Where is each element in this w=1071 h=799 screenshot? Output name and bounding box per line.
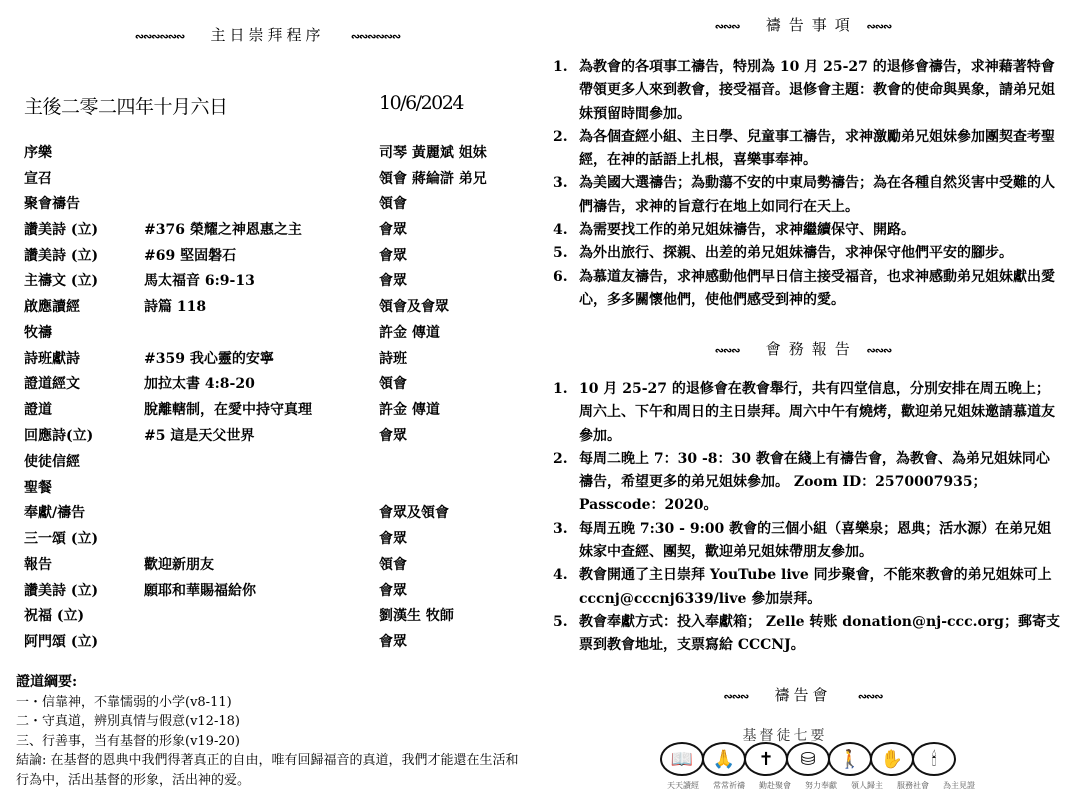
list-item: 4.為需要找工作的弟兄姐妹禱告，求神繼續保守、開路。 <box>553 219 1063 242</box>
order-person: 許金 傳道 <box>379 399 440 419</box>
icon-label: 服務社會 <box>890 780 936 791</box>
order-item: 主禱文 (立) <box>24 270 98 290</box>
item-text: 為各個查經小組、主日學、兒童事工禱告，求神激勵弟兄姐妹參加團契查考聖經，在神的話… <box>579 129 1055 168</box>
order-item: 三一頌 (立) <box>24 528 98 548</box>
order-person: 領會及會眾 <box>379 296 449 316</box>
prayer-meeting-title: 禱告會 <box>774 686 831 704</box>
seven-essentials-icons: 📖🙏✝⛁🚶✋🕯 <box>660 742 982 778</box>
list-item: 4.教會開通了主日崇拜 YouTube live 同步聚會，不能來教會的弟兄姐妹… <box>553 564 1063 611</box>
order-person: 詩班 <box>379 348 407 368</box>
order-person: 會眾 <box>379 245 407 265</box>
icon-label: 領人歸主 <box>844 780 890 791</box>
ornament-icon: ∾∾∾ <box>724 690 749 703</box>
order-item: 祝福 (立) <box>24 605 84 625</box>
reading-bible-icon: 📖 <box>660 742 704 776</box>
prayer-title: 禱告事項 <box>766 16 858 34</box>
order-person: 會眾 <box>379 270 407 290</box>
order-detail: #359 我心靈的安寧 <box>144 348 274 368</box>
church-reports-heading: ∾∾∾ 會務報告 ∾∾∾ <box>535 338 1071 359</box>
order-person: 會眾 <box>379 219 407 239</box>
item-text: 教會奉獻方式：投入奉獻箱； Zelle 转账 donation@nj-ccc.o… <box>579 614 1060 653</box>
item-number: 1. <box>553 378 568 401</box>
list-item: 3.每周五晚 7:30 - 9:00 教會的三個小組（喜樂泉；恩典；活水源）在弟… <box>553 518 1063 565</box>
list-item: 2.為各個查經小組、主日學、兒童事工禱告，求神激勵弟兄姐妹參加團契查考聖經，在神… <box>553 126 1063 173</box>
date-chinese: 主後二零二四年十月六日 <box>24 92 228 119</box>
order-detail: 脫離轄制，在愛中持守真理 <box>144 399 312 419</box>
prayer-items-heading: ∾∾∾ 禱告事項 ∾∾∾ <box>535 14 1071 35</box>
ornament-icon: ∾∾∾ <box>858 690 883 703</box>
order-person: 司琴 黃麗斌 姐妹 <box>379 142 487 162</box>
item-text: 為教會的各項事工禱告，特別為 10 月 25-27 的退修會禱告，求神藉著特會帶… <box>579 59 1055 122</box>
icon-label: 努力奉獻 <box>798 780 844 791</box>
reports-title: 會務報告 <box>766 340 858 358</box>
outline-point-1: 一・信靠神，不靠懦弱的小学(v8-11) <box>16 693 526 713</box>
order-person: 會眾及領會 <box>379 502 449 522</box>
outline-conclusion: 結論: 在基督的恩典中我們得著真正的自由，唯有回歸福音的真道，我們才能還在生活和… <box>16 751 526 790</box>
list-item: 5.教會奉獻方式：投入奉獻箱； Zelle 转账 donation@nj-ccc… <box>553 611 1063 658</box>
order-item: 讚美詩 (立) <box>24 219 98 239</box>
order-detail: #69 堅固磐石 <box>144 245 236 265</box>
item-number: 2. <box>553 448 568 471</box>
order-item: 奉獻/禱告 <box>24 502 85 522</box>
congregation-cross-icon: ✝ <box>744 742 788 776</box>
order-item: 牧禱 <box>24 322 52 342</box>
fish-coins-icon: ⛁ <box>786 742 830 776</box>
item-number: 3. <box>553 172 568 195</box>
icon-label: 勤赴聚會 <box>752 780 798 791</box>
item-number: 4. <box>553 564 568 587</box>
order-item: 啟應讀經 <box>24 296 80 316</box>
ornament-icon: ∾∾∾ <box>867 20 892 33</box>
order-detail: #376 榮耀之神恩惠之主 <box>144 219 302 239</box>
order-item: 回應詩(立) <box>24 425 93 445</box>
order-person: 會眾 <box>379 580 407 600</box>
order-item: 聚會禱告 <box>24 193 80 213</box>
order-item: 報告 <box>24 554 52 574</box>
item-number: 4. <box>553 219 568 242</box>
order-item: 讚美詩 (立) <box>24 245 98 265</box>
candle-light-icon: 🕯 <box>912 742 956 776</box>
ornament-icon: ∾∾∾ <box>715 20 740 33</box>
order-detail: 歡迎新朋友 <box>144 554 214 574</box>
order-item: 聖餐 <box>24 477 52 497</box>
ornament-icon: ∾∾∾ <box>715 344 740 357</box>
order-person: 領會 蔣綸滸 弟兄 <box>379 168 487 188</box>
item-text: 每周二晚上 7：30 -8：30 教會在綫上有禱告會，為教會、為弟兄姐妹同心禱告… <box>579 451 1050 514</box>
evangelism-icon: 🚶 <box>828 742 872 776</box>
item-text: 為外出旅行、探親、出差的弟兄姐妹禱告，求神保守他們平安的腳步。 <box>579 245 1013 261</box>
order-item: 證道經文 <box>24 373 80 393</box>
order-person: 劉漢生 牧師 <box>379 605 454 625</box>
list-item: 5.為外出旅行、探親、出差的弟兄姐妹禱告，求神保守他們平安的腳步。 <box>553 242 1063 265</box>
outline-point-3: 三、行善事，当有基督的形象(v19-20) <box>16 732 526 752</box>
list-item: 1.為教會的各項事工禱告，特別為 10 月 25-27 的退修會禱告，求神藉著特… <box>553 56 1063 126</box>
order-person: 領會 <box>379 373 407 393</box>
item-number: 5. <box>553 611 568 634</box>
order-detail: 願耶和華賜福給你 <box>144 580 256 600</box>
order-person: 會眾 <box>379 631 407 651</box>
sermon-outline: 證道綱要: 一・信靠神，不靠懦弱的小学(v8-11) 二・守真道，辨別真情与假意… <box>16 673 526 790</box>
order-of-service-heading: ∾∾∾∾∾∾ 主日崇拜程序 ∾∾∾∾∾∾ <box>0 24 535 45</box>
icon-label: 常常祈禱 <box>706 780 752 791</box>
prayer-meeting-heading: ∾∾∾ 禱告會 ∾∾∾ <box>535 684 1071 705</box>
order-person: 領會 <box>379 193 407 213</box>
item-number: 5. <box>553 242 568 265</box>
list-item: 6.為慕道友禱告，求神感動他們早日信主接受福音，也求神感動弟兄姐妹獻出愛心，多多… <box>553 266 1063 313</box>
order-item: 讚美詩 (立) <box>24 580 98 600</box>
outline-point-2: 二・守真道，辨別真情与假意(v12-18) <box>16 712 526 732</box>
outline-title: 證道綱要: <box>16 673 526 693</box>
item-text: 每周五晚 7:30 - 9:00 教會的三個小組（喜樂泉；恩典；活水源）在弟兄姐… <box>579 521 1051 560</box>
item-text: 10 月 25-27 的退修會在教會舉行，共有四堂信息，分別安排在周五晚上；周六… <box>579 381 1055 444</box>
order-item: 阿門頌 (立) <box>24 631 98 651</box>
item-text: 為慕道友禱告，求神感動他們早日信主接受福音，也求神感動弟兄姐妹獻出愛心，多多關懷… <box>579 269 1055 308</box>
ornament-icon: ∾∾∾ <box>867 344 892 357</box>
list-item: 1.10 月 25-27 的退修會在教會舉行，共有四堂信息，分別安排在周五晚上；… <box>553 378 1063 448</box>
order-title: 主日崇拜程序 <box>210 26 324 44</box>
order-person: 會眾 <box>379 425 407 445</box>
item-text: 為美國大選禱告；為動蕩不安的中東局勢禱告；為在各種自然災害中受難的人們禱告，求神… <box>579 175 1055 214</box>
order-detail: 詩篇 118 <box>144 296 206 316</box>
date-numeric: 10/6/2024 <box>379 92 463 114</box>
church-reports-list: 1.10 月 25-27 的退修會在教會舉行，共有四堂信息，分別安排在周五晚上；… <box>553 378 1063 658</box>
order-item: 序樂 <box>24 142 52 162</box>
list-item: 2.每周二晚上 7：30 -8：30 教會在綫上有禱告會，為教會、為弟兄姐妹同心… <box>553 448 1063 518</box>
order-item: 詩班獻詩 <box>24 348 80 368</box>
order-person: 許金 傳道 <box>379 322 440 342</box>
kneeling-prayer-icon: 🙏 <box>702 742 746 776</box>
order-item: 證道 <box>24 399 52 419</box>
icon-label: 為主見證 <box>936 780 982 791</box>
item-number: 3. <box>553 518 568 541</box>
order-detail: #5 這是天父世界 <box>144 425 254 445</box>
item-number: 2. <box>553 126 568 149</box>
item-number: 1. <box>553 56 568 79</box>
order-detail: 馬太福音 6:9-13 <box>144 270 255 290</box>
icon-label: 天天讀經 <box>660 780 706 791</box>
order-item: 宣召 <box>24 168 52 188</box>
item-number: 6. <box>553 266 568 289</box>
ornament-icon: ∾∾∾∾∾∾ <box>351 30 400 43</box>
list-item: 3.為美國大選禱告；為動蕩不安的中東局勢禱告；為在各種自然災害中受難的人們禱告，… <box>553 172 1063 219</box>
seven-essentials-labels: 天天讀經常常祈禱勤赴聚會努力奉獻領人歸主服務社會為主見證 <box>660 780 990 791</box>
item-text: 為需要找工作的弟兄姐妹禱告，求神繼續保守、開路。 <box>579 222 915 238</box>
serving-hand-icon: ✋ <box>870 742 914 776</box>
prayer-items-list: 1.為教會的各項事工禱告，特別為 10 月 25-27 的退修會禱告，求神藉著特… <box>553 56 1063 312</box>
order-item: 使徒信經 <box>24 451 80 471</box>
order-person: 會眾 <box>379 528 407 548</box>
order-detail: 加拉太書 4:8-20 <box>144 373 255 393</box>
item-text: 教會開通了主日崇拜 YouTube live 同步聚會，不能來教會的弟兄姐妹可上… <box>579 567 1052 606</box>
ornament-icon: ∾∾∾∾∾∾ <box>135 30 184 43</box>
order-person: 領會 <box>379 554 407 574</box>
